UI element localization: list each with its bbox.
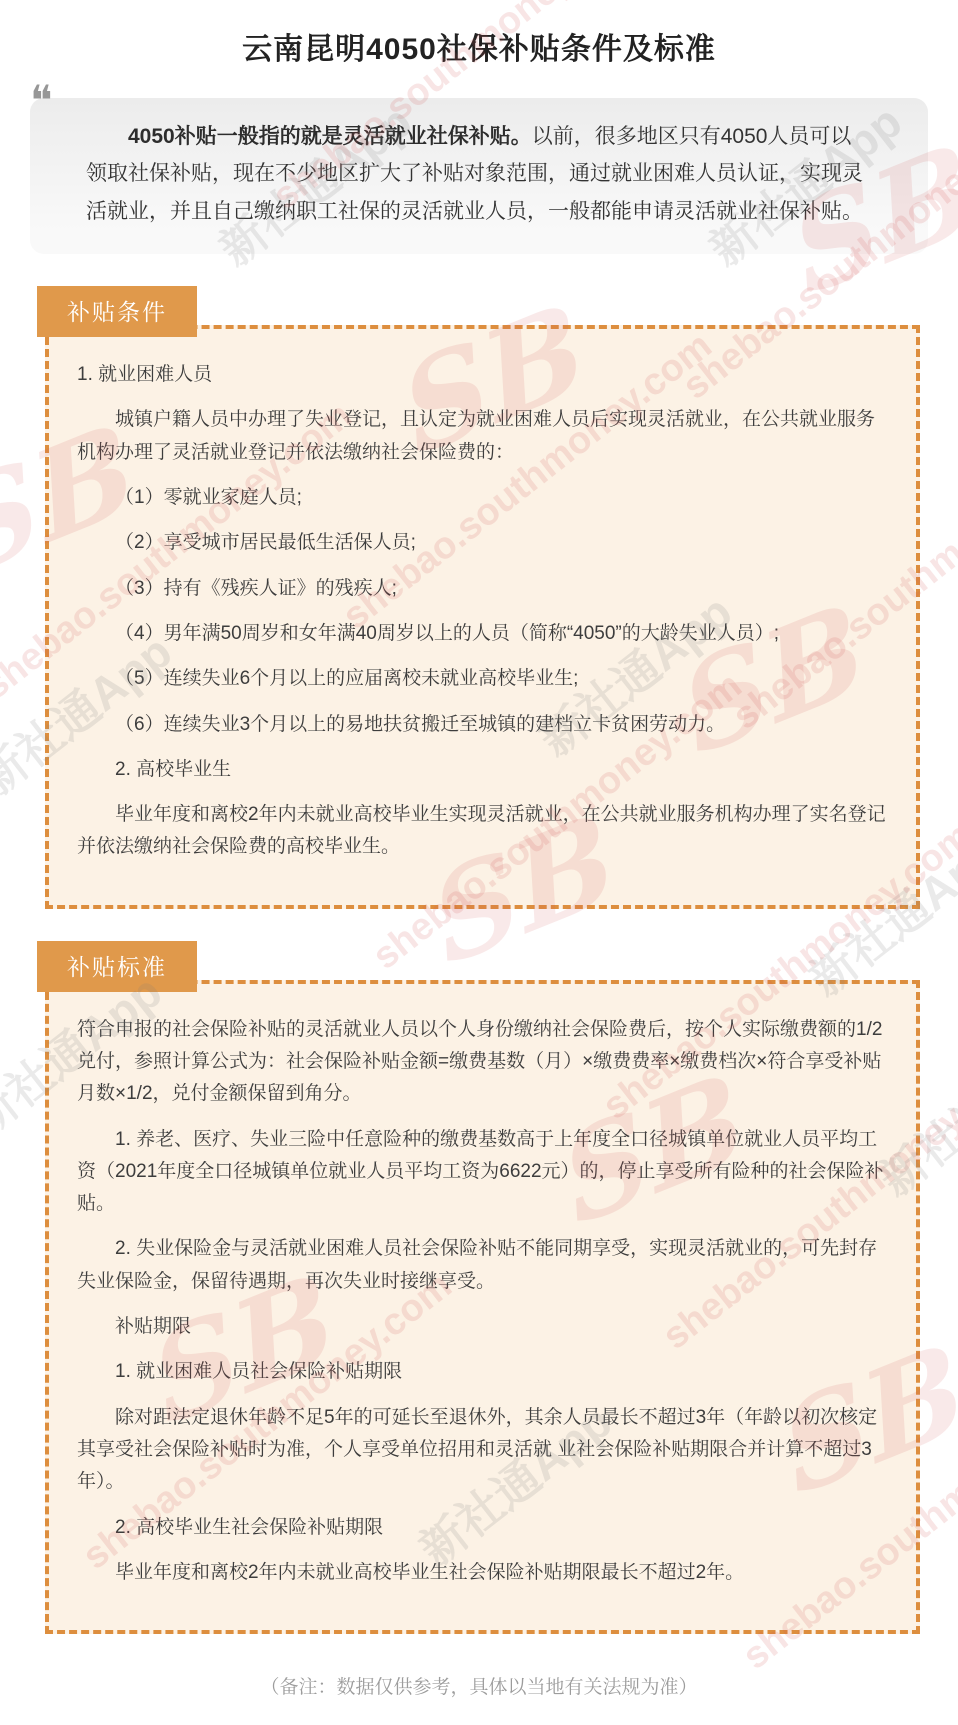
paragraph: 2. 高校毕业生 — [77, 754, 888, 786]
section-subsidy-standard: 补贴标准 符合申报的社会保险补贴的灵活就业人员以个人身份缴纳社会保险费后，按个人… — [45, 941, 920, 1634]
footer-note: （备注：数据仅供参考，具体以当地有关法规为准） — [0, 1672, 958, 1699]
paragraph: 2. 失业保险金与灵活就业困难人员社会保险补贴不能同期享受，实现灵活就业的，可先… — [77, 1233, 888, 1298]
paragraph: 符合申报的社会保险补贴的灵活就业人员以个人身份缴纳社会保险费后，按个人实际缴费额… — [77, 1014, 888, 1111]
intro-quote-box: ❝ 4050补贴一般指的就是灵活就业社保补贴。以前，很多地区只有4050人员可以… — [30, 98, 928, 254]
list-item: （6）连续失业3个月以上的易地扶贫搬迁至城镇的建档立卡贫困劳动力。 — [77, 709, 888, 741]
paragraph: 1. 就业困难人员 — [77, 359, 888, 391]
paragraph: 补贴期限 — [77, 1311, 888, 1343]
paragraph: 毕业年度和离校2年内未就业高校毕业生社会保险补贴期限最长不超过2年。 — [77, 1557, 888, 1589]
section-subsidy-conditions: 补贴条件 1. 就业困难人员 城镇户籍人员中办理了失业登记，且认定为就业困难人员… — [45, 286, 920, 909]
paragraph: 除对距法定退休年龄不足5年的可延长至退休外，其余人员最长不超过3年（年龄以初次核… — [77, 1402, 888, 1499]
paragraph: 1. 养老、医疗、失业三险中任意险种的缴费基数高于上年度全口径城镇单位就业人员平… — [77, 1124, 888, 1221]
section-badge-standard: 补贴标准 — [37, 941, 197, 992]
quote-icon: ❝ — [30, 80, 53, 122]
list-item: （1）零就业家庭人员; — [77, 482, 888, 514]
standard-box: 符合申报的社会保险补贴的灵活就业人员以个人身份缴纳社会保险费后，按个人实际缴费额… — [45, 980, 920, 1634]
intro-paragraph: 4050补贴一般指的就是灵活就业社保补贴。以前，很多地区只有4050人员可以领取… — [86, 118, 872, 230]
paragraph: 2. 高校毕业生社会保险补贴期限 — [77, 1512, 888, 1544]
page-title: 云南昆明4050社保补贴条件及标准 — [20, 24, 938, 68]
conditions-box: 1. 就业困难人员 城镇户籍人员中办理了失业登记，且认定为就业困难人员后实现灵活… — [45, 325, 920, 909]
list-item: （3）持有《残疾人证》的残疾人; — [77, 573, 888, 605]
intro-bold-text: 4050补贴一般指的就是灵活就业社保补贴。 — [128, 125, 532, 148]
paragraph: 城镇户籍人员中办理了失业登记，且认定为就业困难人员后实现灵活就业，在公共就业服务… — [77, 404, 888, 469]
list-item: （4）男年满50周岁和女年满40周岁以上的人员（简称“4050”的大龄失业人员）… — [77, 618, 888, 650]
list-item: （2）享受城市居民最低生活保人员; — [77, 527, 888, 559]
list-item: （5）连续失业6个月以上的应届离校未就业高校毕业生; — [77, 663, 888, 695]
paragraph: 1. 就业困难人员社会保险补贴期限 — [77, 1356, 888, 1388]
article-page: 云南昆明4050社保补贴条件及标准 ❝ 4050补贴一般指的就是灵活就业社保补贴… — [0, 24, 958, 1699]
paragraph: 毕业年度和离校2年内未就业高校毕业生实现灵活就业，在公共就业服务机构办理了实名登… — [77, 799, 888, 864]
section-badge-conditions: 补贴条件 — [37, 286, 197, 337]
